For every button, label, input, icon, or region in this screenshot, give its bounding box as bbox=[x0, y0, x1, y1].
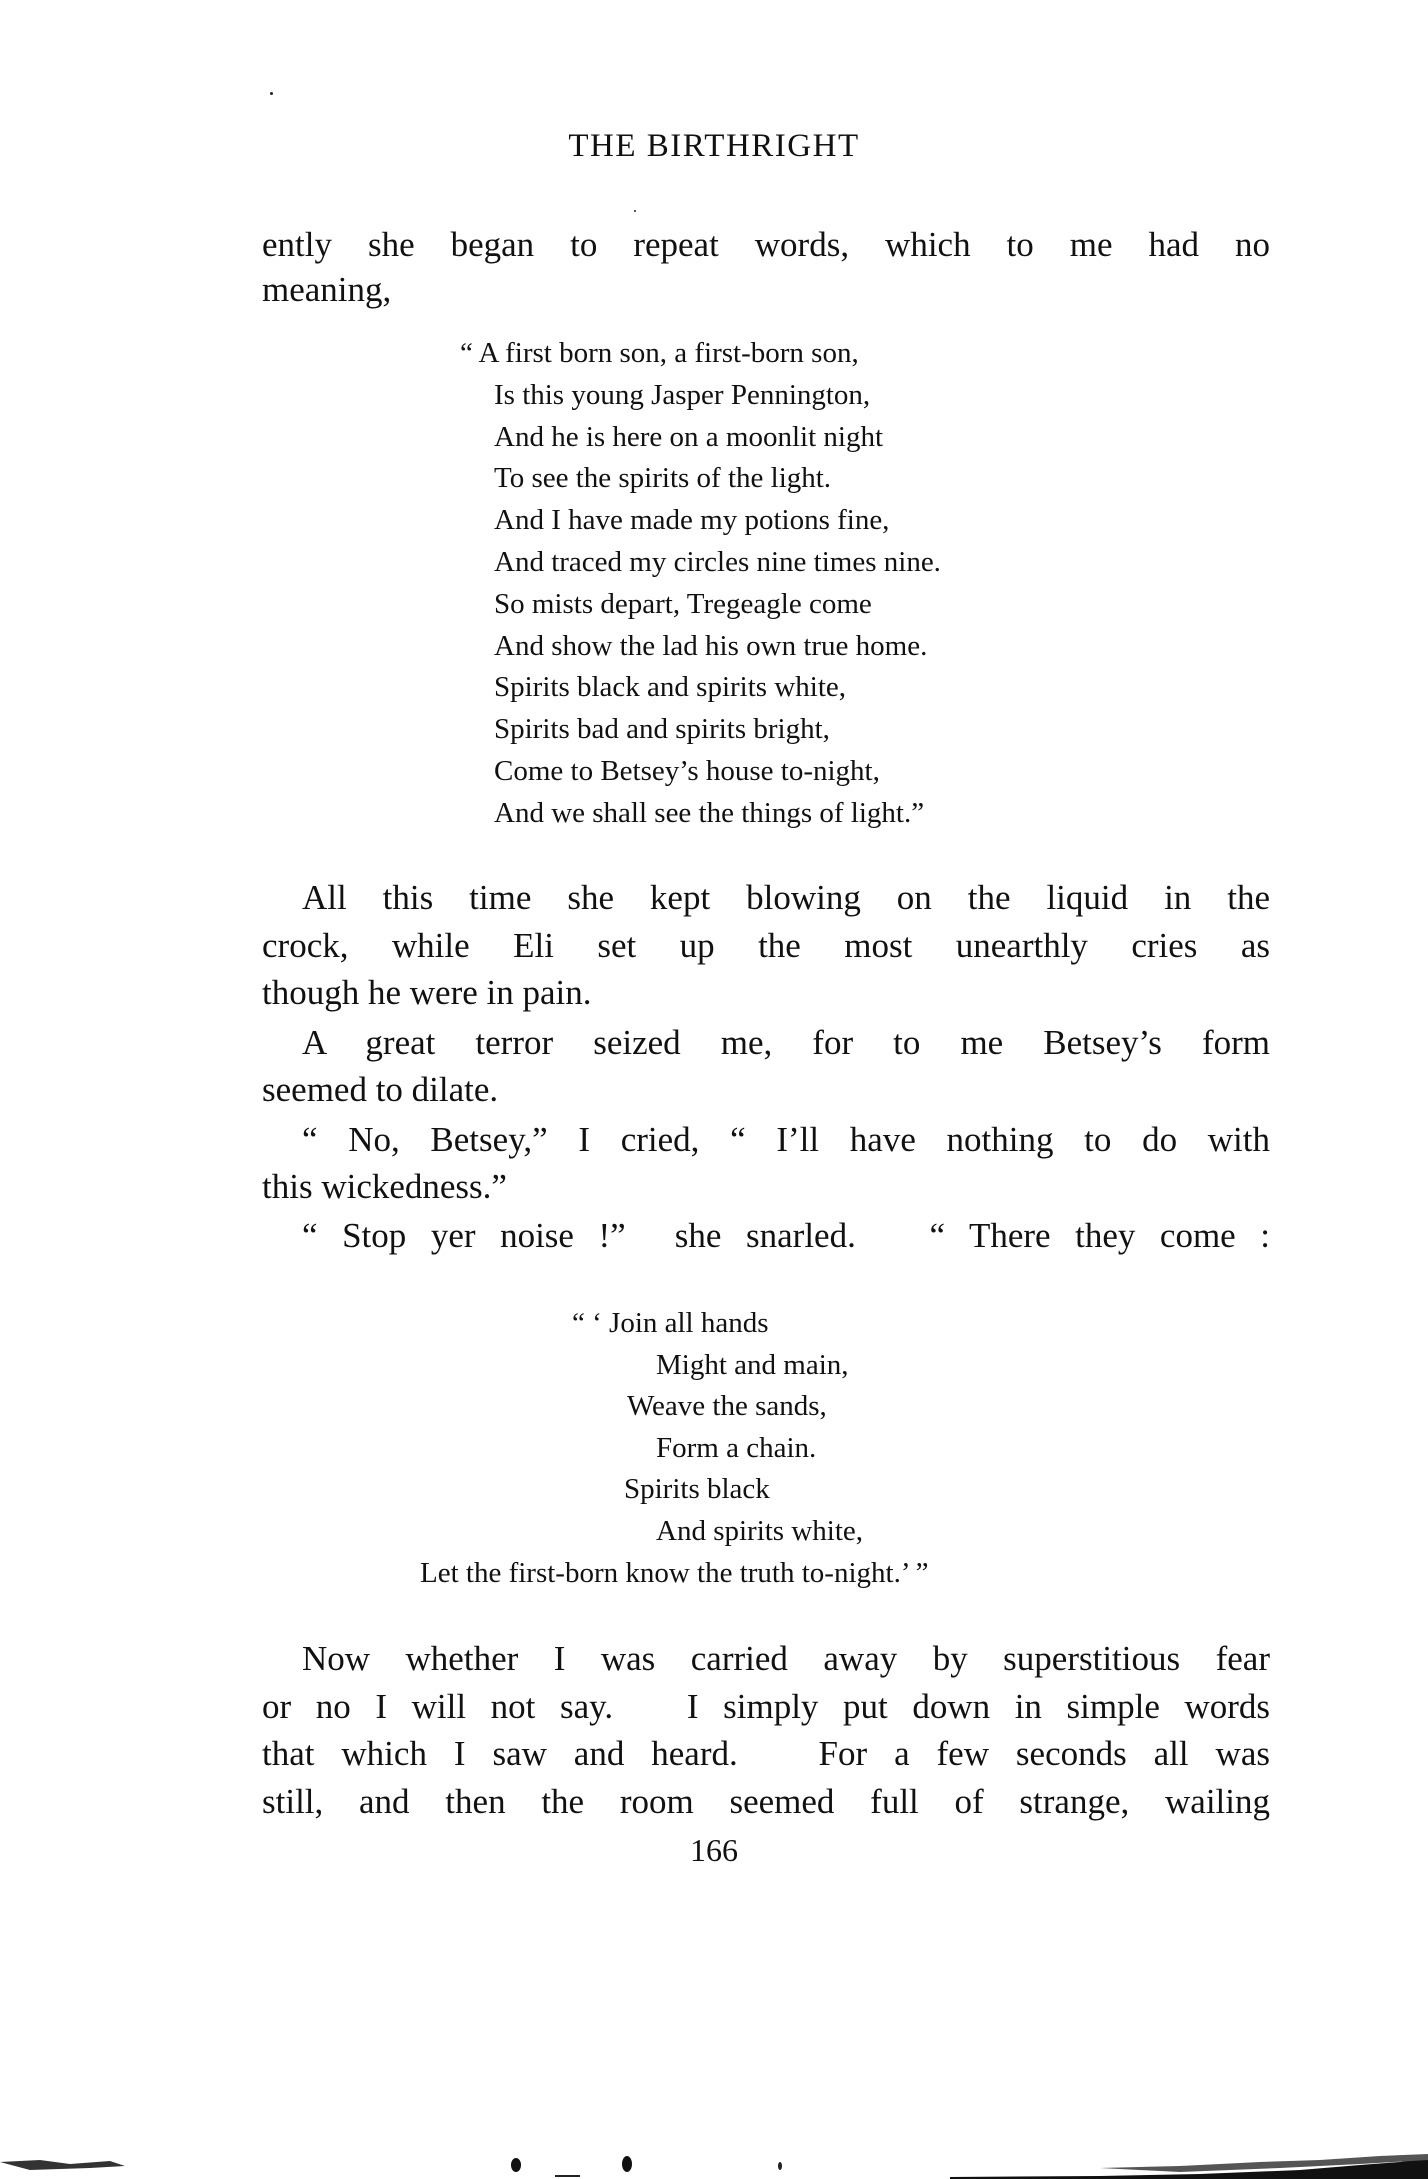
text-line: this wickedness.” bbox=[262, 1167, 1270, 1207]
text-line: “ No, Betsey,” I cried, “ I’ll have noth… bbox=[262, 1120, 1270, 1160]
verse-line: So mists depart, Tregeagle come bbox=[494, 587, 872, 621]
text-line: though he were in pain. bbox=[262, 973, 1270, 1013]
text-line: that which I saw and heard. For a few se… bbox=[262, 1734, 1270, 1774]
verse-line: And he is here on a moonlit night bbox=[494, 420, 883, 454]
verse-line: Spirits black bbox=[624, 1472, 770, 1506]
verse-line: And traced my circles nine times nine. bbox=[494, 545, 941, 579]
text-line: ently she began to repeat words, which t… bbox=[262, 225, 1270, 265]
text-line: still, and then the room seemed full of … bbox=[262, 1782, 1270, 1822]
text-line: crock, while Eli set up the most unearth… bbox=[262, 926, 1270, 966]
scan-speck bbox=[270, 92, 273, 95]
text-line: Now whether I was carried away by supers… bbox=[262, 1639, 1270, 1679]
page-number: 166 bbox=[0, 1832, 1428, 1869]
verse-line: And we shall see the things of light.” bbox=[494, 796, 924, 830]
verse-line: Spirits bad and spirits bright, bbox=[494, 712, 830, 746]
verse-line: And spirits white, bbox=[656, 1514, 863, 1548]
text-line: or no I will not say. I simply put down … bbox=[262, 1687, 1270, 1727]
text-line: All this time she kept blowing on the li… bbox=[262, 878, 1270, 918]
text-line: A great terror seized me, for to me Bets… bbox=[262, 1023, 1270, 1063]
verse-line: And show the lad his own true home. bbox=[494, 629, 927, 663]
scan-speck bbox=[634, 210, 636, 212]
verse-line: Is this young Jasper Pennington, bbox=[494, 378, 870, 412]
scan-edge-artifacts bbox=[0, 2150, 1428, 2179]
verse-line: “ A first born son, a first-born son, bbox=[460, 336, 859, 370]
verse-line: Weave the sands, bbox=[627, 1389, 827, 1423]
verse-line: And I have made my potions fine, bbox=[494, 503, 889, 537]
text-line: seemed to dilate. bbox=[262, 1070, 1270, 1110]
verse-line: Form a chain. bbox=[656, 1431, 816, 1465]
text-line: meaning, bbox=[262, 270, 1270, 310]
verse-line: Might and main, bbox=[656, 1348, 849, 1382]
verse-line: Let the first-born know the truth to-nig… bbox=[420, 1556, 928, 1590]
verse-line: To see the spirits of the light. bbox=[494, 461, 831, 495]
verse-line: “ ‘ Join all hands bbox=[572, 1306, 769, 1340]
verse-line: Come to Betsey’s house to-night, bbox=[494, 754, 880, 788]
verse-line: Spirits black and spirits white, bbox=[494, 670, 846, 704]
running-header: THE BIRTHRIGHT bbox=[0, 128, 1428, 165]
text-line: “ Stop yer noise !” she snarled. “ There… bbox=[262, 1216, 1270, 1256]
